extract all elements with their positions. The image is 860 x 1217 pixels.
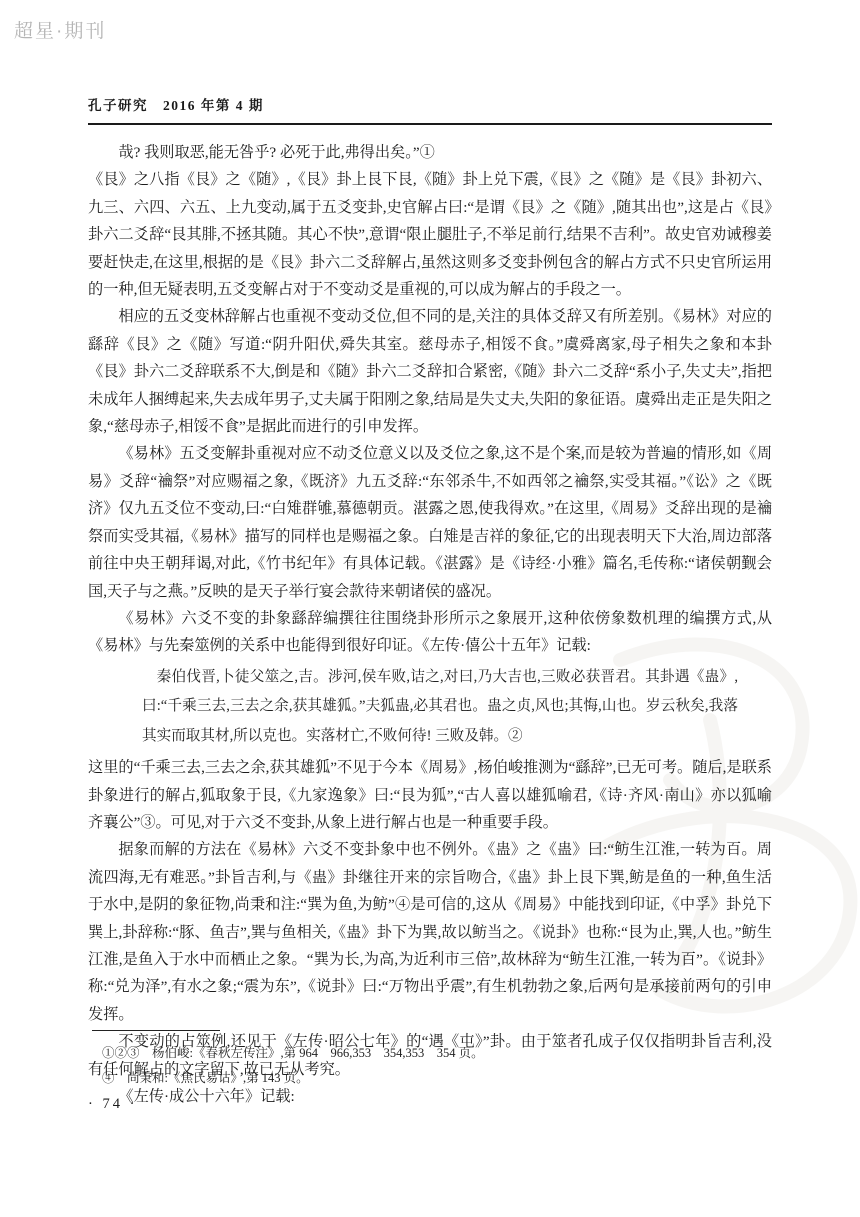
paragraph-3: 《易林》五爻变解卦重视对应不动爻位意义以及爻位之象,这不是个案,而是较为普遍的情… [88,440,772,604]
footnote-1: ①②③ 杨伯峻:《春秋左传注》,第 964 966,353 354,353 35… [88,1041,772,1066]
paragraph-1: 《艮》之八指《艮》之《随》,《艮》卦上艮下艮,《随》卦上兑下震,《艮》之《随》是… [88,166,772,303]
chaoxing-brand-label: 超星·期刊 [14,16,106,43]
header-rule [88,123,772,125]
block-quote: 秦伯伐晋,卜徒父筮之,吉。涉河,侯车败,诘之,对曰,乃大吉也,三败必获晋君。其卦… [142,663,738,752]
intro-quote-line: 哉? 我则取恶,能无咎乎? 必死于此,弗得出矣。”① [88,139,772,166]
paragraph-5: 这里的“千乘三去,三去之余,获其雄狐”不见于今本《周易》,杨伯峻推测为“繇辞”,… [88,754,772,836]
journal-page: 孔子研究 2016 年第 4 期 哉? 我则取恶,能无咎乎? 必死于此,弗得出矣… [88,94,772,1111]
paragraph-4: 《易林》六爻不变的卦象繇辞编撰往往围绕卦形所示之象展开,这种依傍象数机理的编撰方… [88,605,772,660]
paragraph-2: 相应的五爻变林辞解占也重视不变动爻位,但不同的是,关注的具体爻辞又有所差别。《易… [88,303,772,440]
footnote-section: ①②③ 杨伯峻:《春秋左传注》,第 964 966,353 354,353 35… [88,1030,772,1091]
journal-header: 孔子研究 2016 年第 4 期 [88,94,772,114]
footnote-divider [92,1030,220,1031]
page-number: · 74 · [88,1096,137,1113]
footnote-2: ④ 尚秉和:《焦氏易诂》,第 143 页。 [88,1066,772,1091]
paragraph-6: 据象而解的方法在《易林》六爻不变卦象中也不例外。《蛊》之《蛊》曰:“鲂生江淮,一… [88,836,772,1028]
article-body: 哉? 我则取恶,能无咎乎? 必死于此,弗得出矣。”① 《艮》之八指《艮》之《随》… [88,139,772,1111]
reader-viewport: 超星·期刊 孔子研究 2016 年第 4 期 哉? 我则取恶,能无咎乎? 必死于… [0,0,860,1217]
